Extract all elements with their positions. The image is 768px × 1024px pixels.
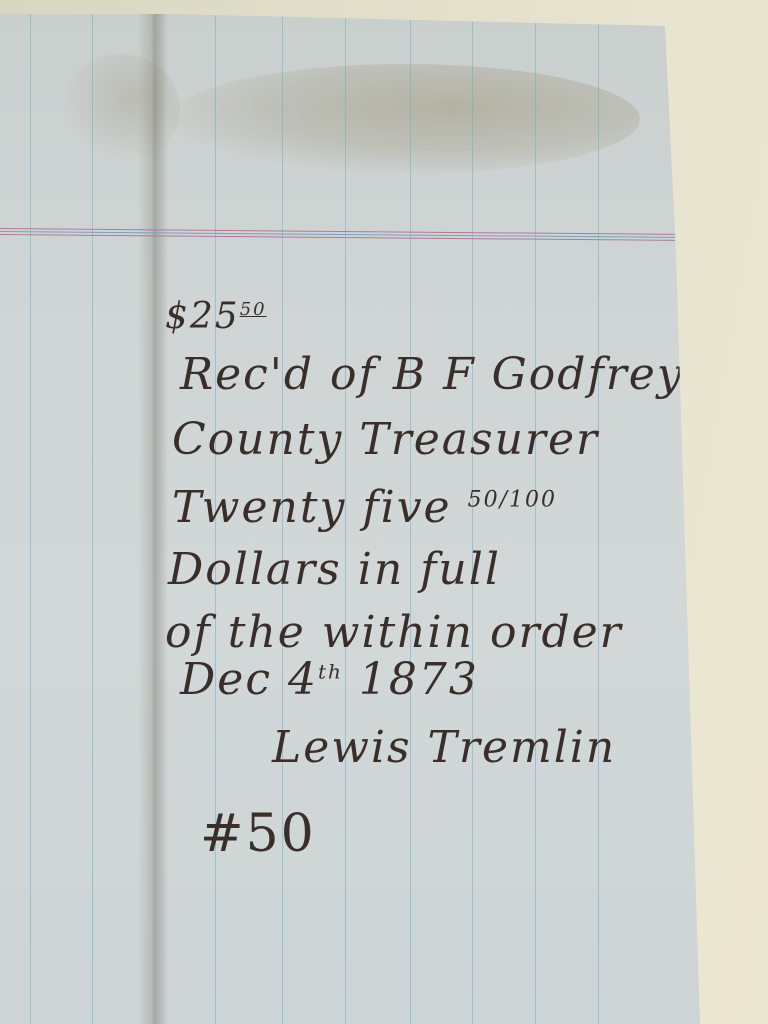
amount-words: Twenty five: [172, 482, 452, 533]
ruled-line: [92, 14, 93, 1024]
received-from-line: Rec'd of B F Godfrey: [180, 349, 684, 400]
amount-words-line: Twenty five 50/100: [172, 482, 557, 533]
date-suffix: th: [318, 659, 343, 683]
payer-title-line: County Treasurer: [172, 414, 599, 465]
date-month-day: Dec 4: [180, 654, 318, 705]
date-year: 1873: [359, 654, 479, 705]
amount-cents: 50: [240, 299, 267, 320]
ruled-line: [598, 14, 599, 1024]
receipt-amount: $2550: [165, 296, 267, 337]
fold-crease: [138, 14, 168, 1024]
signature: Lewis Tremlin: [272, 722, 616, 773]
within-order-line: of the within order: [165, 607, 623, 658]
date-line: Dec 4th 1873: [180, 654, 479, 705]
receipt-number: #50: [200, 804, 316, 864]
dollar-sign: $: [165, 296, 190, 337]
amount-fraction: 50/100: [468, 487, 557, 512]
amount-dollars: 25: [190, 296, 240, 337]
water-stain: [170, 64, 640, 174]
ruled-line: [30, 14, 31, 1024]
dollars-in-full-line: Dollars in full: [168, 544, 501, 595]
receipt-paper: $2550 Rec'd of B F Godfrey County Treasu…: [0, 14, 700, 1024]
